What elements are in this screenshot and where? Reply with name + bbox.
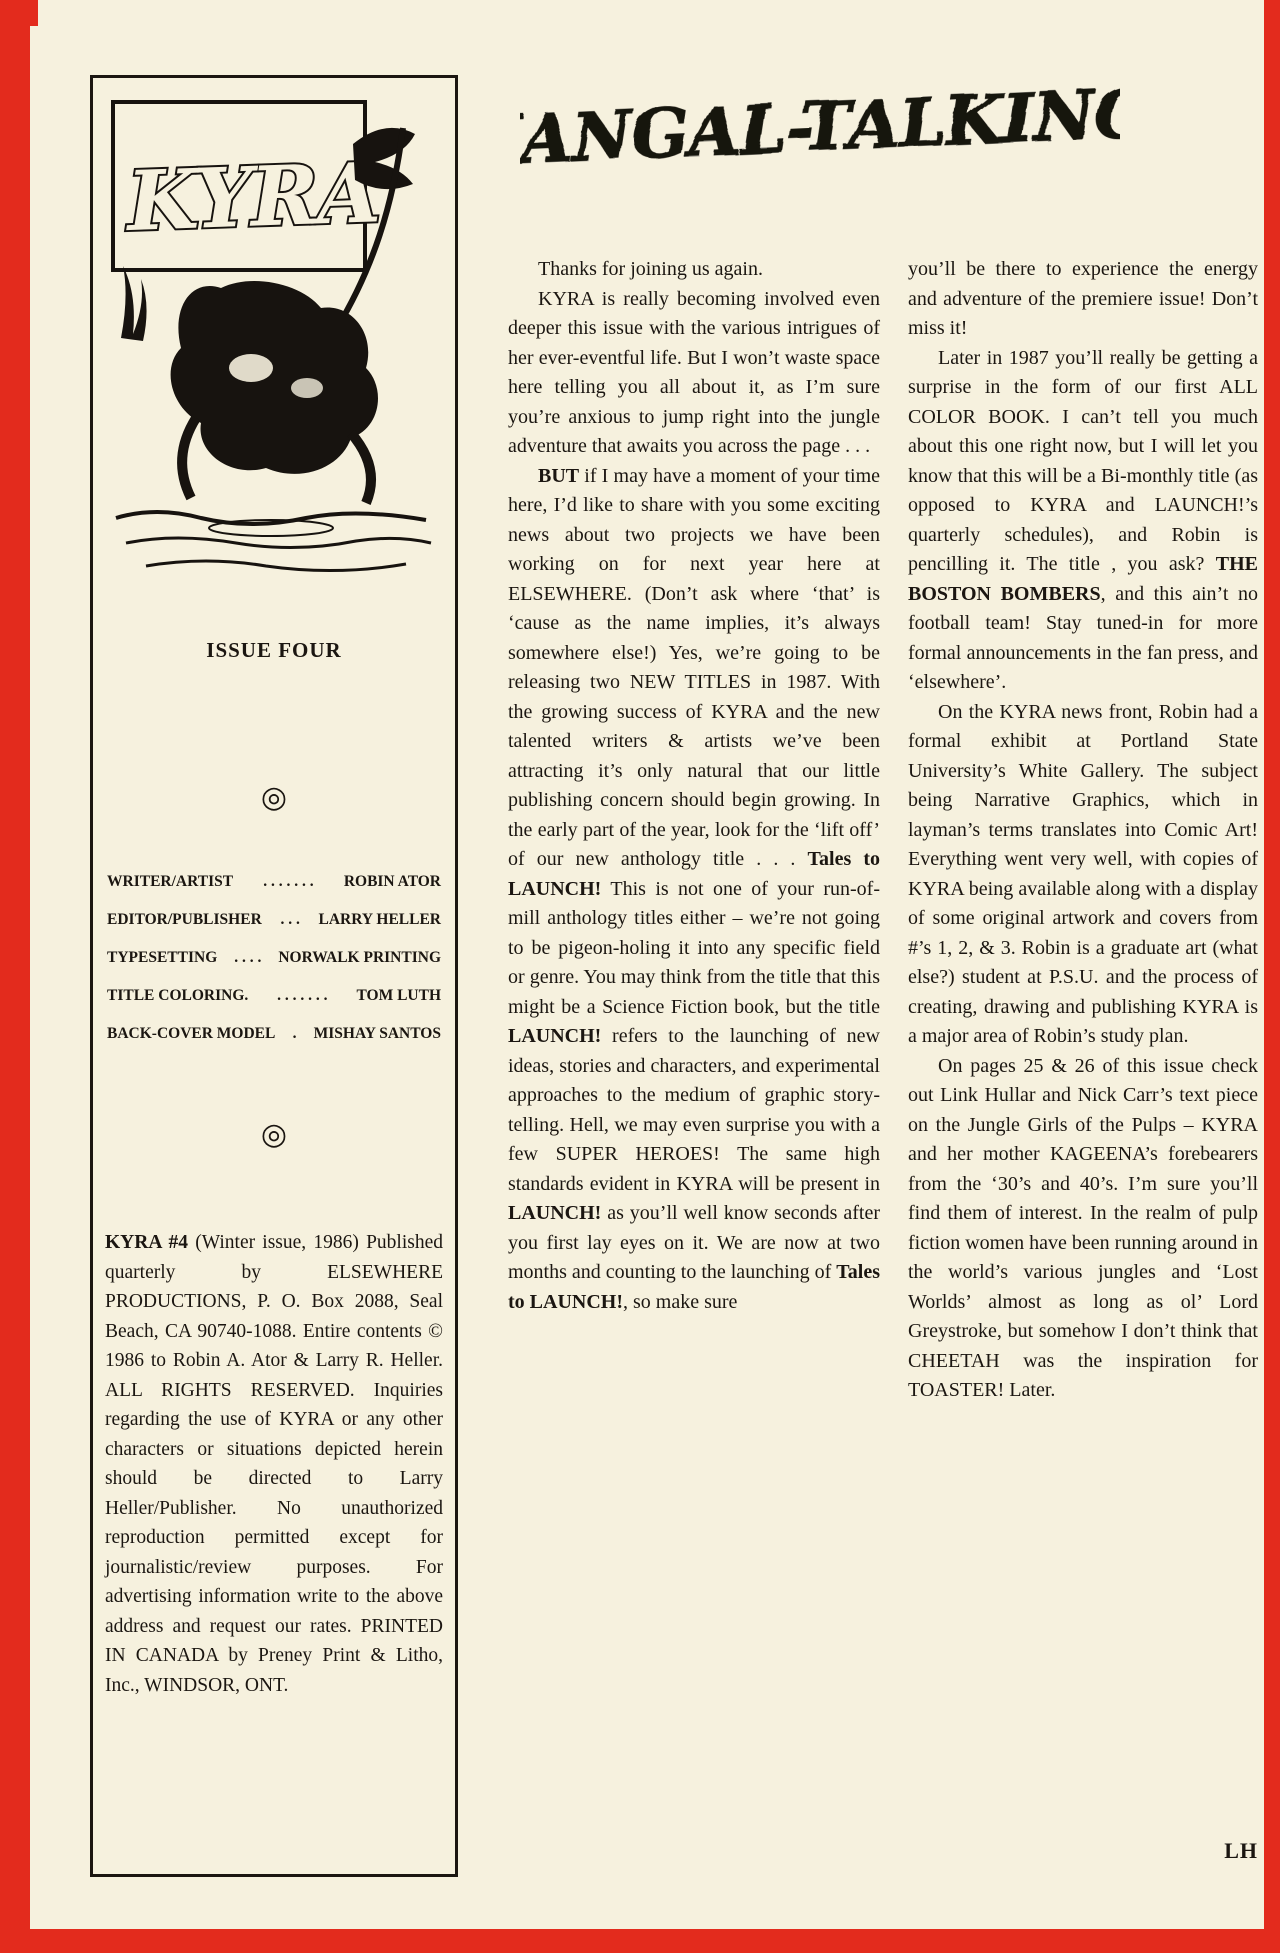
paragraph: On the KYRA news front, Robin had a form…: [908, 698, 1258, 1052]
water-ripple: [116, 512, 426, 524]
bold-text-run: BUT: [538, 465, 579, 487]
figure-highlight: [291, 378, 323, 398]
page-edge-bottom: [0, 1929, 1280, 1953]
grass-shape: [121, 266, 147, 341]
credit-role: WRITER/ARTIST: [107, 863, 233, 901]
text-run: refers to the launching of new ideas, st…: [508, 1025, 880, 1195]
foliage-shape: [353, 128, 415, 189]
text-run: KYRA is really becoming involved even de…: [508, 288, 880, 458]
text-run: if I may have a moment of your time here…: [508, 465, 880, 871]
comic-editorial-page: JANGAL-TALKING KYRA: [0, 0, 1280, 1953]
text-run: (Winter issue, 1986) Published quarterly…: [105, 1232, 443, 1696]
bullseye-ornament-icon: ◎: [93, 1120, 455, 1150]
bold-text-run: KYRA #4: [105, 1232, 188, 1253]
paragraph: Later in 1987 you’ll really be getting a…: [908, 344, 1258, 698]
credit-name: NORWALK PRINTING: [278, 939, 441, 977]
jangal-talking-logo: JANGAL-TALKING: [520, 55, 1120, 195]
paragraph: KYRA is really becoming involved even de…: [508, 285, 880, 462]
credit-role: TITLE COLORING.: [107, 977, 248, 1015]
credit-role: BACK-COVER MODEL: [107, 1015, 275, 1053]
issue-label: ISSUE FOUR: [93, 638, 455, 663]
page-edge-top-notch: [0, 0, 38, 26]
credit-leader-dots: .: [275, 1015, 313, 1053]
indicia-paragraph: KYRA #4 (Winter issue, 1986) Published q…: [105, 1228, 443, 1700]
editor-signature: LH: [908, 1838, 1258, 1864]
text-run: Later in 1987 you’ll really be getting a…: [908, 347, 1258, 576]
text-run: , so make sure: [623, 1291, 737, 1313]
credit-row-back-cover-model: BACK-COVER MODEL . MISHAY SANTOS: [107, 1015, 441, 1053]
water-ripple: [126, 538, 431, 548]
paragraph: KYRA #4 (Winter issue, 1986) Published q…: [105, 1228, 443, 1700]
credit-row-editor-publisher: EDITOR/PUBLISHER . . . LARRY HELLER: [107, 901, 441, 939]
editorial-column-right: you’ll be there to experience the energy…: [908, 255, 1258, 1406]
jangal-talking-logo-art: JANGAL-TALKING: [520, 55, 1120, 195]
credits-list: WRITER/ARTIST . . . . . . . ROBIN ATOR E…: [107, 863, 441, 1053]
limb-shape: [182, 418, 196, 498]
credit-leader-dots: . . . . . . .: [233, 863, 344, 901]
credit-name: ROBIN ATOR: [344, 863, 441, 901]
bold-text-run: LAUNCH!: [508, 1025, 601, 1047]
credit-role: TYPESETTING: [107, 939, 217, 977]
text-run: On pages 25 & 26 of this issue check out…: [908, 1055, 1258, 1402]
credit-name: MISHAY SANTOS: [314, 1015, 441, 1053]
sidebar-box: KYRA ISSUE FOUR ◎ WRIT: [90, 75, 458, 1877]
credit-leader-dots: . . . .: [217, 939, 278, 977]
water-ripple: [146, 561, 406, 571]
paragraph: On pages 25 & 26 of this issue check out…: [908, 1052, 1258, 1406]
editorial-column-middle: Thanks for joining us again.KYRA is real…: [508, 255, 880, 1317]
credit-leader-dots: . . .: [262, 901, 319, 939]
paragraph: Thanks for joining us again.: [508, 255, 880, 285]
credit-role: EDITOR/PUBLISHER: [107, 901, 262, 939]
bullseye-ornament-icon: ◎: [93, 783, 455, 813]
kyra-cover-illustration: KYRA: [101, 86, 447, 616]
page-edge-right: [1264, 0, 1280, 1953]
text-run: you’ll be there to experience the energy…: [908, 258, 1258, 339]
kyra-illustration-art: KYRA: [101, 86, 447, 616]
text-run: On the KYRA news front, Robin had a form…: [908, 701, 1258, 1048]
credit-name: LARRY HELLER: [319, 901, 441, 939]
credit-row-title-coloring: TITLE COLORING. . . . . . . . TOM LUTH: [107, 977, 441, 1015]
credit-row-typesetting: TYPESETTING . . . . NORWALK PRINTING: [107, 939, 441, 977]
credit-name: TOM LUTH: [356, 977, 441, 1015]
jangal-talking-logo-text: JANGAL-TALKING: [520, 74, 1120, 181]
kyra-logo-text: KYRA: [123, 145, 380, 250]
text-run: Thanks for joining us again.: [538, 258, 763, 280]
bold-text-run: LAUNCH!: [508, 1202, 601, 1224]
credit-row-writer-artist: WRITER/ARTIST . . . . . . . ROBIN ATOR: [107, 863, 441, 901]
paragraph: you’ll be there to experience the energy…: [908, 255, 1258, 344]
limb-shape: [351, 433, 371, 503]
credit-leader-dots: . . . . . . .: [248, 977, 356, 1015]
page-edge-left: [0, 0, 30, 1953]
paragraph: BUT if I may have a moment of your time …: [508, 462, 880, 1318]
figure-highlight: [229, 354, 273, 382]
